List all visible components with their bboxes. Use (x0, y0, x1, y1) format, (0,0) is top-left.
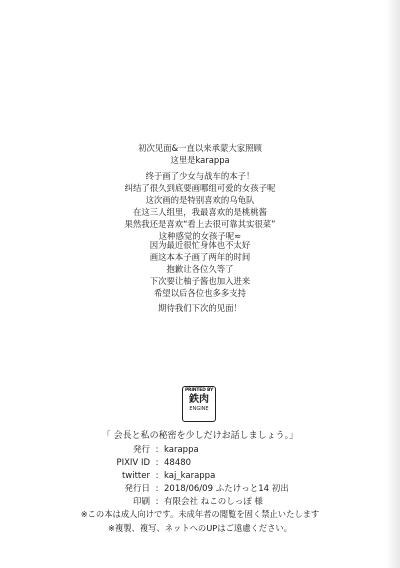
closing-paragraph: 期待我们下次的见面！ (0, 302, 400, 314)
stamp-bottom-text: ENGINE (183, 406, 215, 413)
colophon-row: 発行日: 2018/06/09 ふたけっと14 初出 (88, 483, 289, 496)
text-line: 抱歉让各位久等了 (0, 263, 400, 275)
book-page: 初次见面&一直以来承蒙大家照顾 这里是karappa 终于画了少女与战车的本子！… (0, 0, 400, 568)
stamp-middle-text: 鉄肉 (183, 394, 215, 406)
story-paragraph: 终于画了少女与战车的本子！ 纠结了很久到底要画哪组可爱的女孩子呢 这次画的是特别… (0, 170, 400, 242)
colophon-row: 発行: karappa (88, 444, 289, 457)
printer-logo-stamp: PRINTED BY 鉄肉 ENGINE (182, 386, 216, 422)
adult-notice: ※この本は成人向けです。未成年者の閲覧を固く禁止いたします (0, 508, 400, 520)
text-line: 画这本本子画了两年的时间 (0, 251, 400, 263)
text-line: 希望以后各位也多多支持 (0, 287, 400, 299)
text-line: 初次见面&一直以来承蒙大家照顾 (0, 142, 400, 154)
colophon: 発行: karappa PIXIV ID: 48480 twitter: kaj… (88, 444, 289, 509)
text-line: 期待我们下次的见面！ (0, 302, 400, 314)
text-line: 这里是karappa (0, 154, 400, 166)
colophon-row: PIXIV ID: 48480 (88, 457, 289, 470)
apology-paragraph: 因为最近很忙身体也不太好 画这本本子画了两年的时间 抱歉让各位久等了 下次要让柚… (0, 239, 400, 299)
book-title: 「 会長と私の秘密を少しだけお話しましょう。」 (0, 428, 400, 441)
greeting-paragraph: 初次见面&一直以来承蒙大家照顾 这里是karappa (0, 142, 400, 166)
colophon-row: twitter: kaj_karappa (88, 470, 289, 483)
copy-notice: ※複製、複写、ネットへのUPはご遠慮ください。 (0, 522, 400, 534)
text-line: 果然我还是喜欢“看上去很可靠其实很菜” (0, 218, 400, 230)
text-line: 在这三人组里，我最喜欢的是桃桃酱 (0, 206, 400, 218)
text-line: 纠结了很久到底要画哪组可爱的女孩子呢 (0, 182, 400, 194)
text-line: 终于画了少女与战车的本子！ (0, 170, 400, 182)
text-line: 这次画的是特别喜欢的乌龟队 (0, 194, 400, 206)
text-line: 下次要让柚子酱也加入进来 (0, 275, 400, 287)
text-line: 因为最近很忙身体也不太好 (0, 239, 400, 251)
